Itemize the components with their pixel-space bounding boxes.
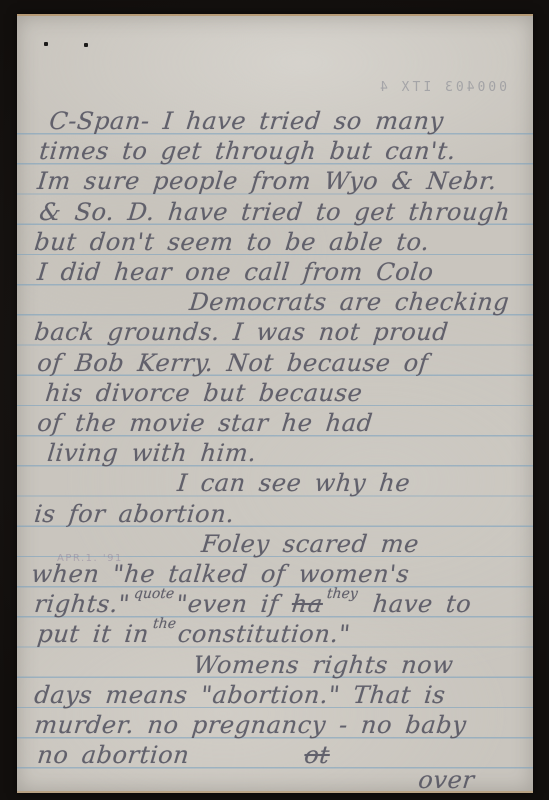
letter-line: back grounds. I was not proud — [33, 318, 450, 346]
handwritten-text: but don't seem to be able to. — [33, 228, 431, 256]
crossed-out-word: ot — [303, 741, 331, 769]
letter-line: his divorce but because — [44, 379, 364, 407]
letter-paper: 000403 ITX 4 APR.1. '91 C-Span- I have t… — [17, 14, 533, 793]
handwritten-text: no abortion — [36, 741, 191, 769]
handwritten-text: rights." — [33, 590, 131, 618]
handwriting-layer: C-Span- I have tried so manytimes to get… — [17, 16, 533, 791]
handwritten-text: when "he talked of women's — [30, 560, 411, 588]
letter-line: Foley scared me — [200, 530, 421, 558]
letter-line: of Bob Kerry. Not because of — [36, 349, 430, 377]
letter-line: murder. no pregnancy - no baby — [33, 711, 468, 739]
letter-line: but don't seem to be able to. — [33, 228, 431, 256]
handwritten-text: I can see why he — [176, 469, 412, 497]
letter-line: no abortionot — [36, 741, 331, 769]
letter-line: I can see why he — [176, 469, 412, 497]
handwritten-text: Im sure people from Wyo & Nebr. — [36, 167, 498, 195]
handwritten-text: is for abortion. — [33, 500, 236, 528]
handwritten-text: Foley scared me — [200, 530, 421, 558]
letter-line: living with him. — [46, 439, 258, 467]
crossed-out-word: ha — [290, 590, 324, 618]
letter-line: when "he talked of women's — [30, 560, 411, 588]
handwritten-text: back grounds. I was not proud — [33, 318, 450, 346]
handwritten-text: of the movie star he had — [36, 409, 374, 437]
handwritten-text: put it in — [36, 620, 151, 648]
photo-background: 000403 ITX 4 APR.1. '91 C-Span- I have t… — [0, 0, 549, 800]
handwritten-text: living with him. — [46, 439, 258, 467]
handwritten-text: I did hear one call from Colo — [36, 258, 435, 286]
letter-line: is for abortion. — [33, 500, 236, 528]
letter-line: put it intheconstitution." — [36, 620, 352, 648]
letter-line: I did hear one call from Colo — [36, 258, 435, 286]
handwritten-text: "even if — [175, 590, 294, 618]
letter-line: Womens rights now — [192, 651, 455, 679]
letter-line: days means "abortion." That is — [33, 681, 447, 709]
handwritten-text: C-Span- I have tried so many — [48, 107, 445, 135]
letter-line: C-Span- I have tried so many — [48, 107, 445, 135]
letter-line: Democrats are checking — [188, 288, 511, 316]
handwritten-text: murder. no pregnancy - no baby — [33, 711, 468, 739]
handwritten-text: & So. D. have tried to get through — [38, 198, 512, 226]
handwritten-text: times to get through but can't. — [38, 137, 457, 165]
handwritten-text: of Bob Kerry. Not because of — [36, 349, 430, 377]
handwritten-text: constitution." — [177, 620, 352, 648]
inserted-word: quote — [133, 586, 175, 602]
letter-line: rights."quote"even if hathey have to — [33, 590, 473, 618]
inserted-word: the — [152, 616, 177, 632]
letter-line: of the movie star he had — [36, 409, 374, 437]
handwritten-text: Womens rights now — [192, 651, 455, 679]
letter-line: over — [417, 766, 476, 793]
handwritten-text: Democrats are checking — [188, 288, 511, 316]
handwritten-text: have to — [358, 590, 473, 618]
handwritten-text: over — [417, 766, 476, 793]
handwritten-text: days means "abortion." That is — [33, 681, 447, 709]
inserted-word: they — [326, 586, 359, 602]
letter-line: & So. D. have tried to get through — [38, 198, 512, 226]
letter-line: times to get through but can't. — [38, 137, 457, 165]
handwritten-text: his divorce but because — [44, 379, 364, 407]
letter-line: Im sure people from Wyo & Nebr. — [36, 167, 498, 195]
